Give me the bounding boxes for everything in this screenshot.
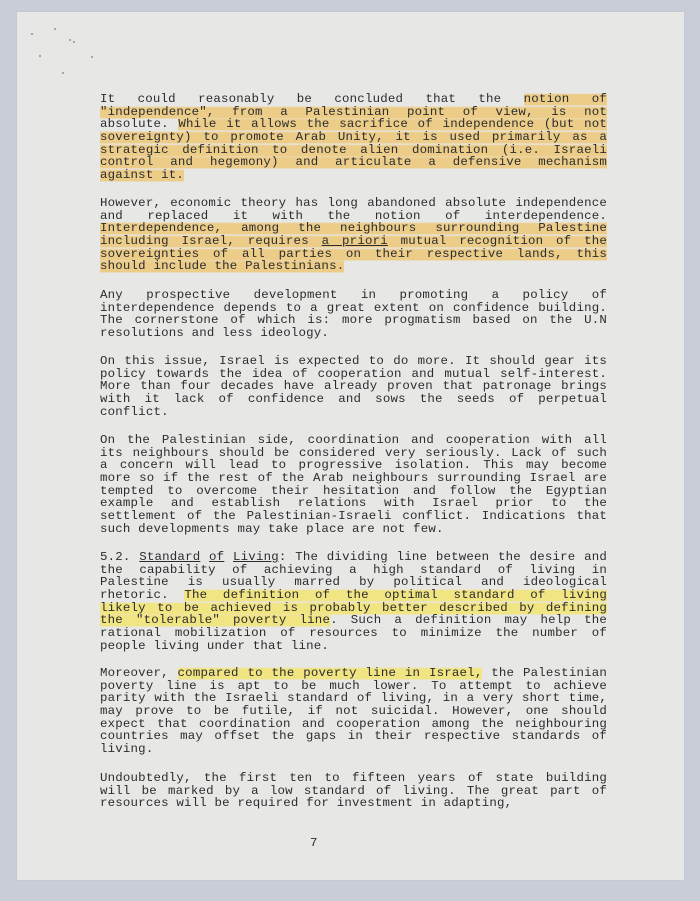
- text-line: countries may offset the gaps in their r…: [100, 730, 607, 743]
- paragraph-palestinian-side: On the Palestinian side, coordination an…: [100, 434, 607, 536]
- paragraph-interdependence: However, economic theory has long abando…: [100, 197, 607, 273]
- text-line: sovereignty) to promote Arab Unity, it i…: [100, 131, 607, 144]
- highlighted-text: sovereignty) to promote Arab Unity, it i…: [100, 130, 607, 144]
- text-line: such developments may take place are not…: [100, 523, 607, 536]
- highlighted-text: notion of: [524, 92, 607, 106]
- highlighted-text: mutual recognition of the: [388, 234, 607, 248]
- text-line: against it.: [100, 169, 607, 182]
- text-line: resources will be required for investmen…: [100, 797, 607, 810]
- highlighted-text: a priori: [322, 234, 388, 248]
- highlighted-text: against it.: [100, 168, 184, 182]
- text-line: including Israel, requires a priori mutu…: [100, 235, 607, 248]
- text-line: living.: [100, 743, 607, 756]
- paragraph-standard-of-living: 5.2. Standard of Living: The dividing li…: [100, 551, 607, 653]
- paragraph-israel-expected: On this issue, Israel is expected to do …: [100, 355, 607, 418]
- text-line: should include the Palestinians.: [100, 260, 607, 273]
- highlighted-text: including Israel, requires: [100, 234, 322, 248]
- text-line: It could reasonably be concluded that th…: [100, 93, 607, 106]
- text-line: rhetoric. The definition of the optimal …: [100, 589, 607, 602]
- paragraph-confidence-building: Any prospective development in promoting…: [100, 289, 607, 340]
- text-line: with it lack of confidence and sows the …: [100, 393, 607, 406]
- paragraph-poverty-line: Moreover, compared to the poverty line i…: [100, 667, 607, 756]
- highlighted-text: The definition of the optimal standard o…: [184, 588, 607, 602]
- paragraph-notion-of-independence: It could reasonably be concluded that th…: [100, 93, 607, 182]
- page-number: 7: [310, 836, 317, 850]
- paragraph-state-building: Undoubtedly, the first ten to fifteen ye…: [100, 772, 607, 810]
- text-line: resolutions and less ideology.: [100, 327, 607, 340]
- text-line: conflict.: [100, 406, 607, 419]
- highlighted-text: should include the Palestinians.: [100, 259, 344, 273]
- text-line: people living under that line.: [100, 640, 607, 653]
